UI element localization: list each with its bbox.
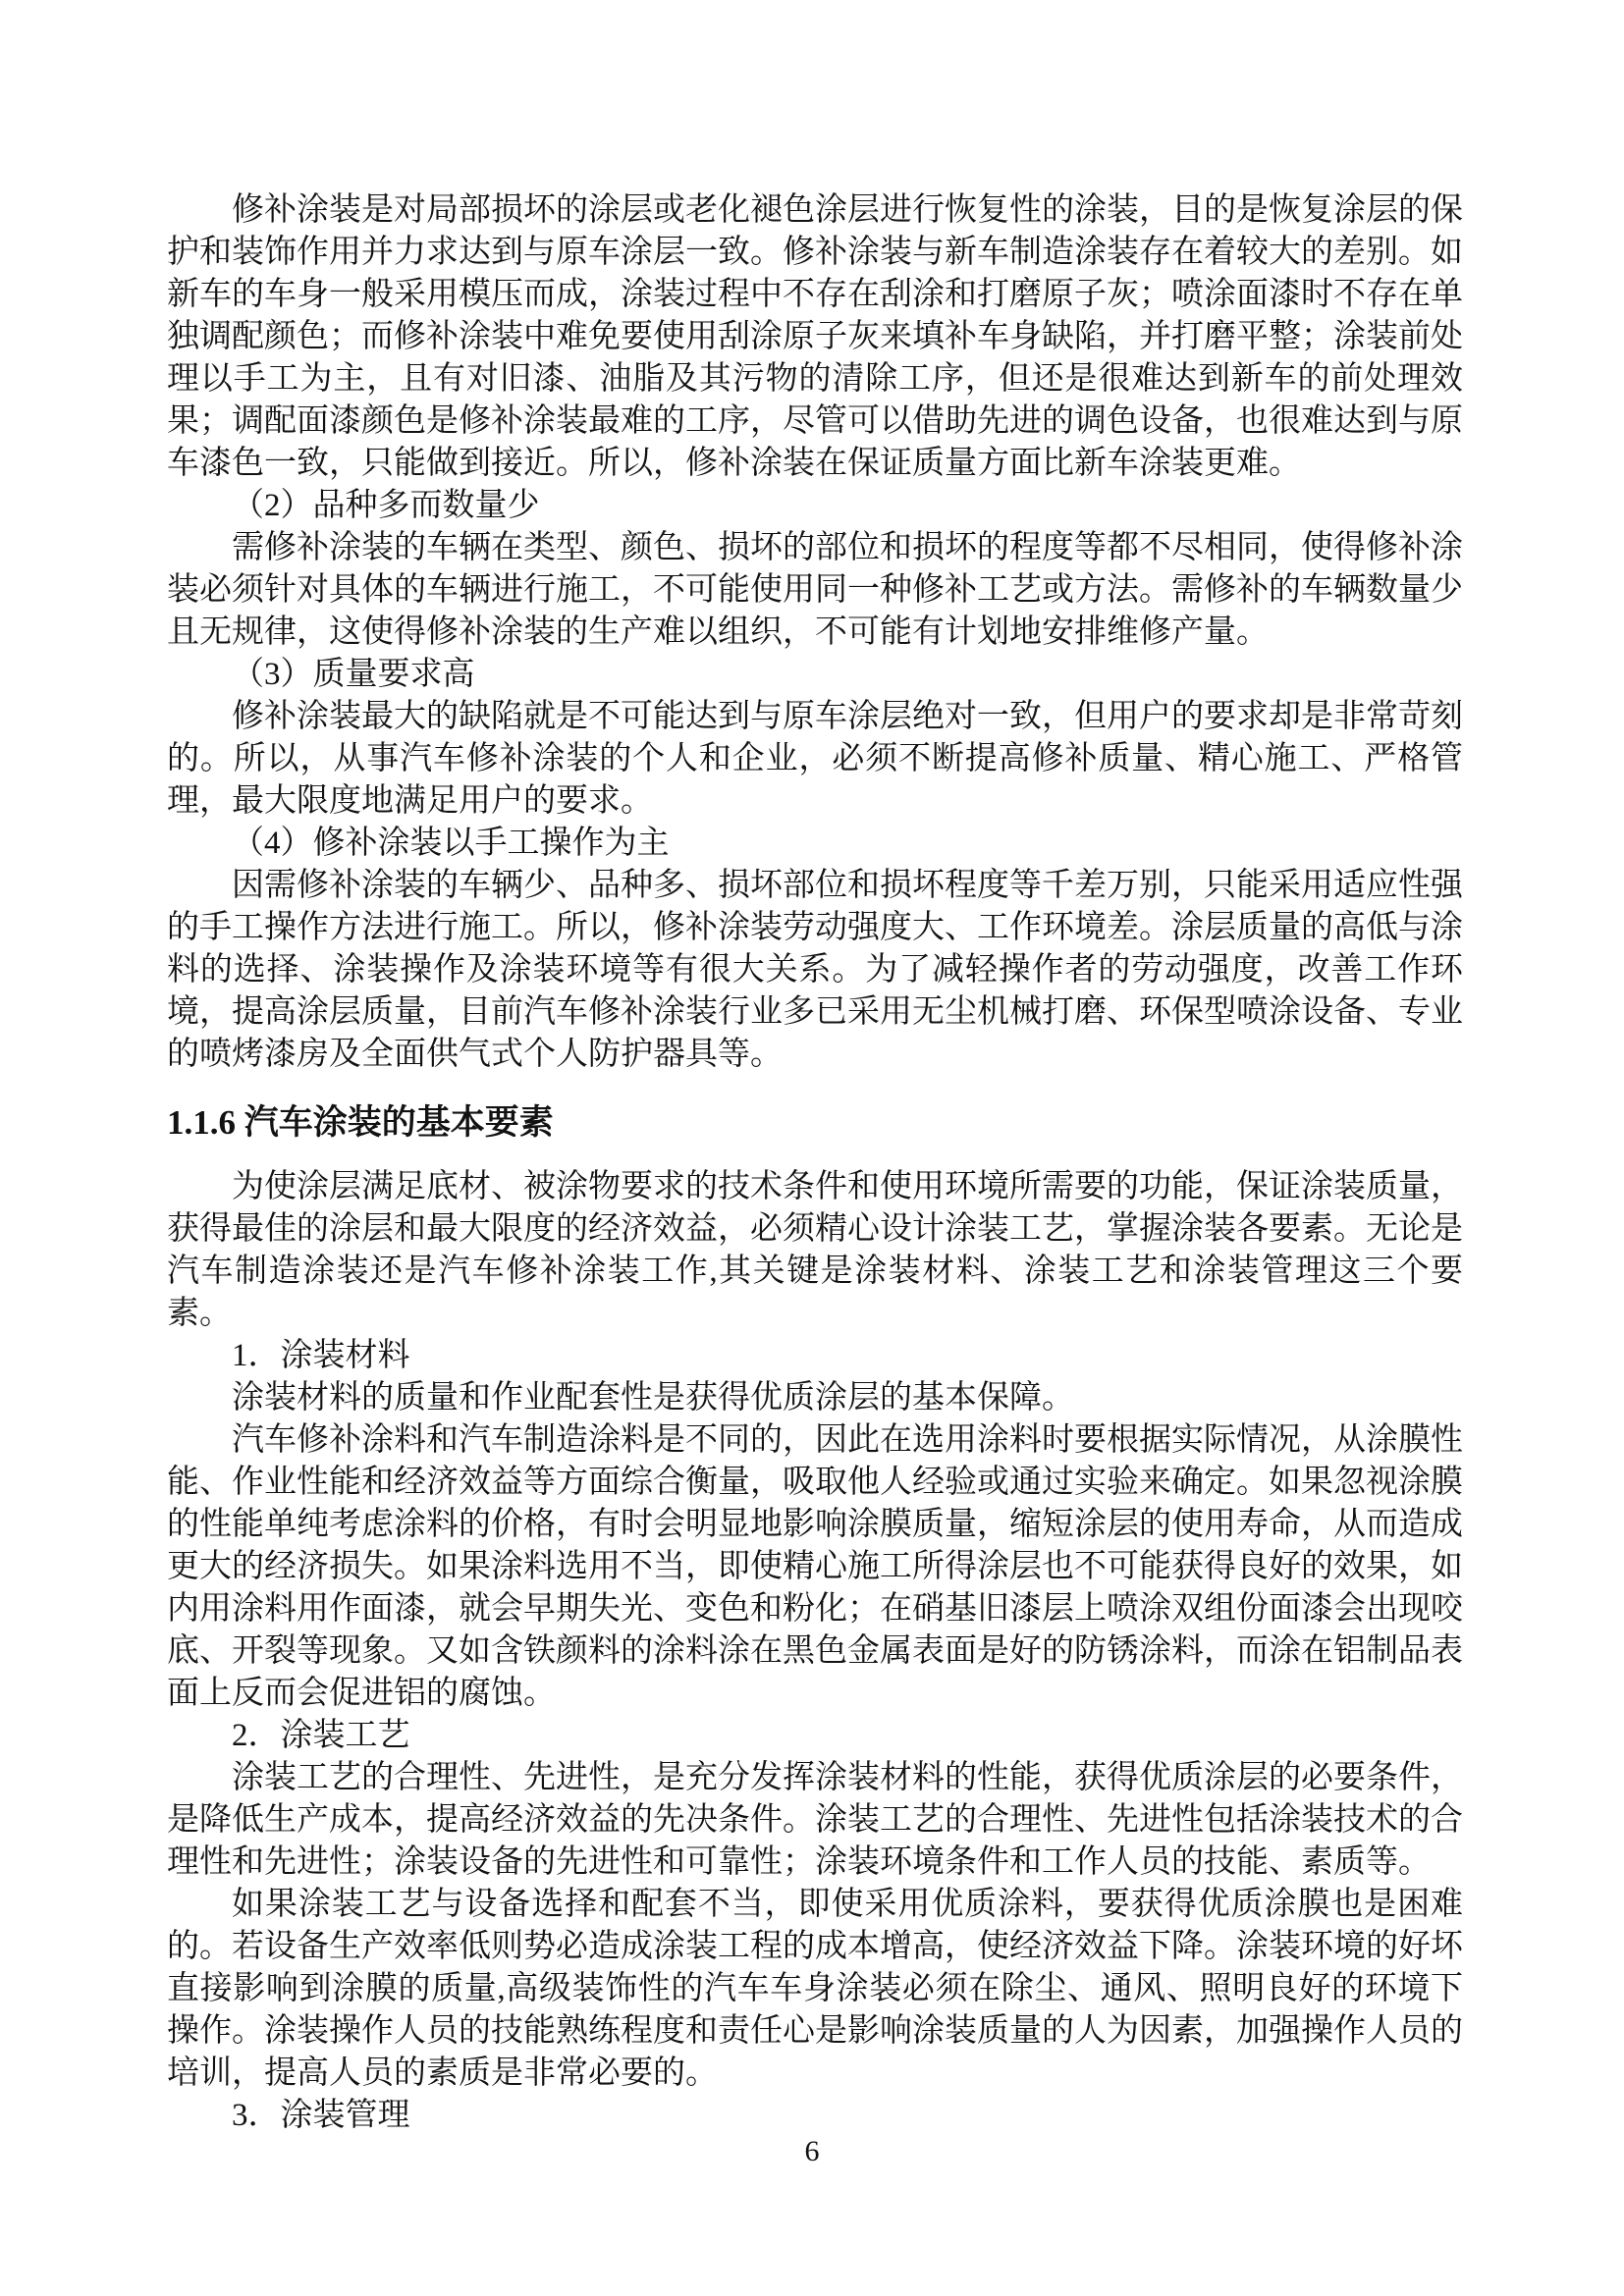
paragraph: 修补涂装是对局部损坏的涂层或老化褪色涂层进行恢复性的涂装，目的是恢复涂层的保护和… bbox=[167, 189, 1463, 485]
document-page: 修补涂装是对局部损坏的涂层或老化褪色涂层进行恢复性的涂装，目的是恢复涂层的保护和… bbox=[0, 0, 1624, 2296]
paragraph: 涂装工艺的合理性、先进性，是充分发挥涂装材料的性能，获得优质涂层的必要条件，是降… bbox=[167, 1757, 1463, 1884]
subheading: 2．涂装工艺 bbox=[167, 1715, 1463, 1757]
page-number: 6 bbox=[805, 2135, 820, 2167]
paragraph: 修补涂装最大的缺陷就是不可能达到与原车涂层绝对一致，但用户的要求却是非常苛刻的。… bbox=[167, 696, 1463, 823]
document-content: 修补涂装是对局部损坏的涂层或老化褪色涂层进行恢复性的涂装，目的是恢复涂层的保护和… bbox=[167, 189, 1463, 2137]
paragraph: 如果涂装工艺与设备选择和配套不当，即使采用优质涂料，要获得优质涂膜也是困难的。若… bbox=[167, 1884, 1463, 2095]
paragraph: 涂装材料的质量和作业配套性是获得优质涂层的基本保障。 bbox=[167, 1377, 1463, 1419]
subheading: （3）质量要求高 bbox=[167, 654, 1463, 696]
section-heading: 1.1.6 汽车涂装的基本要素 bbox=[167, 1099, 1463, 1147]
page-footer: 6 bbox=[0, 2132, 1624, 2171]
paragraph: 为使涂层满足底材、被涂物要求的技术条件和使用环境所需要的功能，保证涂装质量，获得… bbox=[167, 1166, 1463, 1335]
subheading: 3．涂装管理 bbox=[167, 2095, 1463, 2137]
paragraph: 需修补涂装的车辆在类型、颜色、损坏的部位和损坏的程度等都不尽相同，使得修补涂装必… bbox=[167, 527, 1463, 654]
paragraph: 因需修补涂装的车辆少、品种多、损坏部位和损坏程度等千差万别，只能采用适应性强的手… bbox=[167, 865, 1463, 1076]
subheading: （4）修补涂装以手工操作为主 bbox=[167, 823, 1463, 865]
paragraph: 汽车修补涂料和汽车制造涂料是不同的，因此在选用涂料时要根据实际情况，从涂膜性能、… bbox=[167, 1419, 1463, 1715]
subheading: （2）品种多而数量少 bbox=[167, 485, 1463, 527]
subheading: 1．涂装材料 bbox=[167, 1335, 1463, 1377]
